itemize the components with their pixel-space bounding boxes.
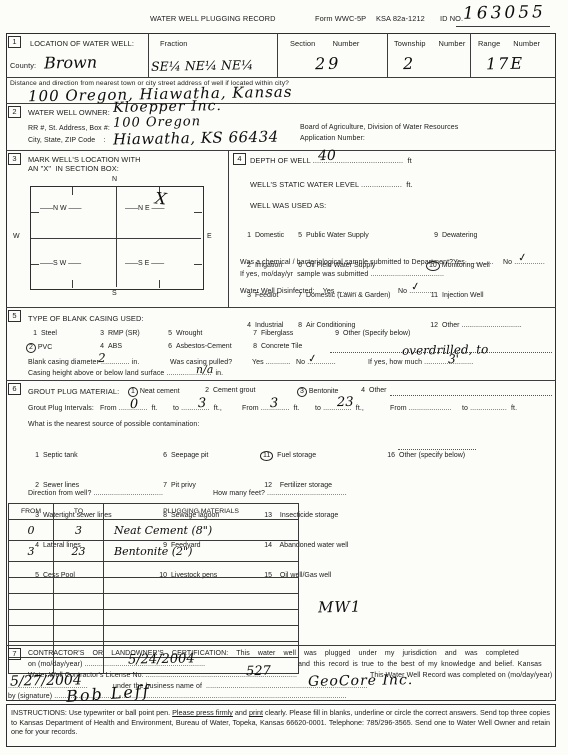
how-many-feet-label: How many feet? .........................… xyxy=(213,490,347,497)
contamination-option-circled: 11 Fuel storage xyxy=(260,451,348,461)
table-row xyxy=(9,626,299,642)
divider-line xyxy=(6,77,556,78)
id-value: 163055 xyxy=(463,2,546,23)
casing-pulled-yes-label: Yes ............ xyxy=(252,359,290,366)
from-cell xyxy=(9,610,54,626)
material-cell xyxy=(104,594,299,610)
grout-intervals-label: Grout Plug Intervals: xyxy=(28,405,94,412)
compass-south-label: S xyxy=(112,290,117,297)
section-1-number: 1 xyxy=(8,36,21,48)
casing-option: 9Other (Specify below) xyxy=(330,330,410,337)
casing-option-circled: 2 PVC xyxy=(26,343,52,353)
application-number-label: Application Number: xyxy=(300,135,365,142)
city-label: City, State, ZIP Code : xyxy=(28,137,105,144)
interval-from1-field: 0 xyxy=(130,397,139,412)
to-cell xyxy=(54,626,104,642)
range-field: 17E xyxy=(486,54,524,74)
used-as-option: 5Public Water Supply xyxy=(293,231,390,241)
plugging-materials-table: FROM TO PLUGGING MATERIALS 0 3 Neat Ceme… xyxy=(8,503,299,674)
used-as-option: 11Injection Well xyxy=(426,291,522,301)
section-2-number: 2 xyxy=(8,106,21,118)
casing-option: 1Steel xyxy=(28,330,57,337)
chemical-sample-question: Was a chemical / bacteriological sample … xyxy=(240,259,493,266)
if-yes-sample-date-label: If yes, mo/day/yr sample was submitted .… xyxy=(240,271,444,278)
interval-from1-label: From .............. ft. xyxy=(100,405,158,412)
section-7-number: 7 xyxy=(8,648,21,660)
print-underlined: print xyxy=(249,708,263,717)
county-label: County: xyxy=(10,61,36,70)
divider-line xyxy=(277,33,278,77)
grout-material-option-circled: 1 Neat cement xyxy=(128,387,180,397)
township-field: 2 xyxy=(403,54,414,73)
from-cell xyxy=(9,626,54,642)
table-row xyxy=(9,594,299,610)
materials-column-header: PLUGGING MATERIALS xyxy=(104,504,299,520)
depth-of-well-field: 40 xyxy=(318,148,336,164)
license-number-field: 527 xyxy=(246,664,271,679)
plugged-date-field: 5/24/2004 xyxy=(128,651,195,667)
quadrant-se-label: S E xyxy=(125,260,163,267)
section-5-title: TYPE OF BLANK CASING USED: xyxy=(28,314,144,323)
contamination-option: 7Pit privy xyxy=(155,481,219,491)
casing-option: 8Concrete Tile xyxy=(248,343,302,350)
to-cell: 3 xyxy=(54,520,104,541)
casing-diameter-field: 2 xyxy=(98,351,106,365)
section-box-crossline xyxy=(116,187,117,287)
contamination-col4: 16Other (specify below) xyxy=(383,431,465,481)
table-row: 0 3 Neat Cement (8") xyxy=(9,520,299,541)
county-field: Brown xyxy=(44,53,97,73)
water-well-plugging-record-form: WATER WELL PLUGGING RECORD Form WWC-5P K… xyxy=(0,0,568,755)
used-as-options-col3: 9Dewatering 10 Monitoring Well 11Injecti… xyxy=(426,211,522,351)
grout-material-option-circled: 3 Bentonite xyxy=(297,387,338,397)
fraction-field: SE¼ NE¼ NE¼ xyxy=(151,57,253,74)
material-cell xyxy=(104,610,299,626)
section-column-label: Section Number xyxy=(290,39,359,48)
certification-line2: and this record is true to the best of m… xyxy=(298,661,542,668)
table-row xyxy=(9,578,299,594)
section-box-tick xyxy=(31,212,39,213)
well-location-x-mark: X xyxy=(154,188,167,208)
quadrant-nw-label: N W xyxy=(40,205,80,212)
table-row xyxy=(9,562,299,578)
casing-option: 6Asbestos-Cement xyxy=(163,343,232,350)
city-field: Hiawatha, KS 66434 xyxy=(113,128,279,149)
interval-from3-label: From ..................... xyxy=(390,405,452,412)
material-cell xyxy=(104,626,299,642)
section-1-title: LOCATION OF WATER WELL: xyxy=(30,39,134,48)
casing-height-label: Casing height above or below land surfac… xyxy=(28,370,223,377)
from-cell xyxy=(9,562,54,578)
section-box-tick xyxy=(159,280,160,288)
business-name-field: GeoCore Inc. xyxy=(308,672,414,690)
material-cell: Neat Cement (8") xyxy=(104,520,299,541)
material-cell: Bentonite (2") xyxy=(104,541,299,562)
from-cell: 0 xyxy=(9,520,54,541)
section-5-number: 5 xyxy=(8,310,21,322)
other-grout-blank-line xyxy=(390,394,552,396)
used-as-option: 9Dewatering xyxy=(426,231,522,241)
compass-north-label: N xyxy=(112,176,117,183)
interval-to3-label: to .................. ft. xyxy=(462,405,517,412)
fraction-column-label: Fraction xyxy=(160,39,188,48)
other-contamination-blank-line xyxy=(398,448,476,450)
to-cell xyxy=(54,562,104,578)
id-label: ID NO. xyxy=(440,14,463,23)
address-label: RR #, St. Address, Box #: xyxy=(28,125,110,132)
used-as-option: 12Other ............................... xyxy=(426,321,522,331)
divider-line xyxy=(470,33,471,77)
to-cell: 23 xyxy=(54,541,104,562)
section-6-number: 6 xyxy=(8,383,21,395)
township-column-label: Township Number xyxy=(394,39,465,48)
contamination-question: What is the nearest source of possible c… xyxy=(28,421,199,428)
id-underline xyxy=(456,26,550,27)
casing-option: 3RMP (SR) xyxy=(95,330,140,337)
divider-line xyxy=(228,150,229,307)
section-box-tick xyxy=(72,187,73,195)
casing-pulled-no-checkmark: ✓ xyxy=(307,351,318,365)
interval-to2-field: 23 xyxy=(337,395,354,410)
range-column-label: Range Number xyxy=(478,39,540,48)
owner-label: WATER WELL OWNER: xyxy=(28,108,110,117)
disinfected-no-checkmark: ✓ xyxy=(410,279,421,293)
from-cell xyxy=(9,594,54,610)
section-6-title: GROUT PLUG MATERIAL: xyxy=(28,387,119,396)
owner-field: Kloepper Inc. xyxy=(113,98,222,116)
table-row: 3 23 Bentonite (2") xyxy=(9,541,299,562)
quadrant-sw-label: S W xyxy=(40,260,80,267)
section-box-tick xyxy=(31,264,39,265)
section-3-title-line2: AN "X" IN SECTION BOX: xyxy=(28,164,119,173)
from-column-header: FROM xyxy=(9,504,54,520)
to-cell xyxy=(54,610,104,626)
static-water-level-label: WELL'S STATIC WATER LEVEL ..............… xyxy=(250,180,413,189)
interval-to1-field: 3 xyxy=(198,396,207,411)
section-4-number: 4 xyxy=(233,153,246,165)
contamination-option: 16Other (specify below) xyxy=(383,451,465,461)
section-box-tick xyxy=(72,280,73,288)
casing-diameter-label: Blank casing diameter .............. in. xyxy=(28,359,139,366)
from-cell: 3 xyxy=(9,541,54,562)
material-cell xyxy=(104,562,299,578)
to-column-header: TO xyxy=(54,504,104,520)
section-field: 29 xyxy=(315,54,342,73)
grout-material-option: 2Cement grout xyxy=(200,387,255,394)
section-box-crossline xyxy=(31,238,201,239)
signature-label: by (signature) .........................… xyxy=(8,693,347,700)
section-3-number: 3 xyxy=(8,153,21,165)
section-box-tick xyxy=(194,264,202,265)
casing-option: 5Wrought xyxy=(163,330,202,337)
contamination-option: 6Seepage pit xyxy=(155,451,219,461)
to-cell xyxy=(54,578,104,594)
divider-line xyxy=(148,33,149,77)
form-number: Form WWC-5P xyxy=(315,14,366,23)
from-cell xyxy=(9,578,54,594)
direction-from-well-label: Direction from well? ...................… xyxy=(28,490,163,497)
ksa-number: KSA 82a-1212 xyxy=(376,14,425,23)
compass-west-label: W xyxy=(13,233,20,240)
table-row xyxy=(9,610,299,626)
instructions-text: INSTRUCTIONS: Use typewriter or ball poi… xyxy=(11,708,550,737)
table-header-row: FROM TO PLUGGING MATERIALS xyxy=(9,504,299,520)
divider-line xyxy=(6,150,556,151)
material-cell xyxy=(104,578,299,594)
grout-material-option: 4Other xyxy=(356,387,387,394)
section-3-title-line1: MARK WELL'S LOCATION WITH xyxy=(28,155,141,164)
section-box-tick xyxy=(194,212,202,213)
casing-option: 4ABS xyxy=(95,343,122,350)
overdrilled-annotation: overdrilled, to xyxy=(402,342,488,358)
disinfected-question: Water Well Disinfected: Yes .......... xyxy=(240,288,357,295)
how-much-field: 3' xyxy=(448,352,459,366)
well-id-annotation: MW1 xyxy=(318,598,362,617)
form-title: WATER WELL PLUGGING RECORD xyxy=(150,14,276,23)
divider-line xyxy=(387,33,388,77)
used-as-option: 1Domestic xyxy=(242,231,284,241)
chemical-sample-no-checkmark: ✓ xyxy=(517,250,528,264)
casing-option: 7Fiberglass xyxy=(248,330,293,337)
to-cell xyxy=(54,594,104,610)
interval-from2-field: 3 xyxy=(270,396,279,411)
compass-east-label: E xyxy=(207,233,212,240)
divider-line xyxy=(6,380,556,381)
contamination-option: 1Septic tank xyxy=(30,451,112,461)
casing-height-field: n/a xyxy=(196,363,214,376)
press-firmly-underlined: Please press firmly xyxy=(172,708,233,717)
certification-line1: CONTRACTOR'S OR LANDOWNER'S CERTIFICATIO… xyxy=(28,650,519,657)
board-of-agriculture-label: Board of Agriculture, Division of Water … xyxy=(300,124,458,131)
well-used-as-label: WELL WAS USED AS: xyxy=(250,201,326,210)
